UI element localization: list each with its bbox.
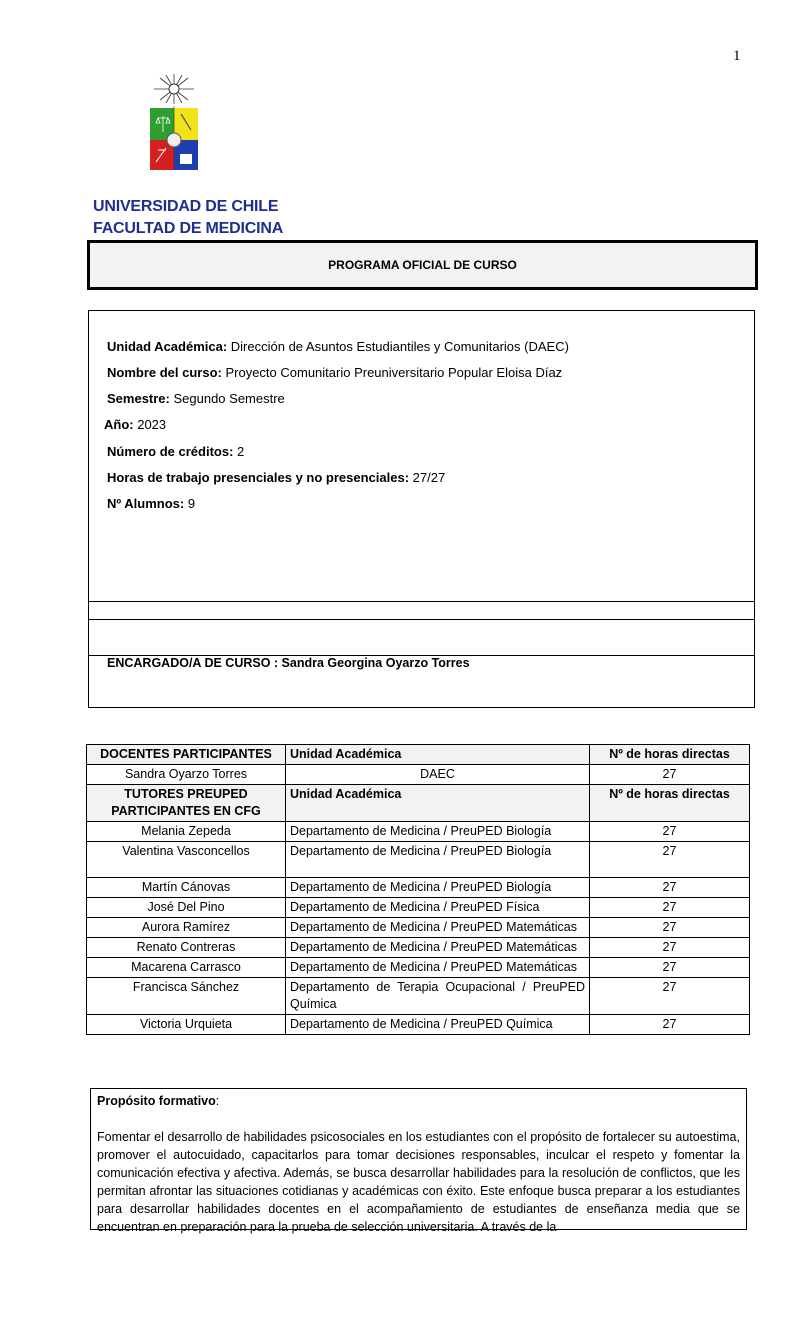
name-cell: Sandra Oyarzo Torres <box>87 765 286 785</box>
unit-cell: Departamento de Medicina / PreuPED Matem… <box>286 958 590 978</box>
info-year: Año: 2023 <box>104 417 166 432</box>
course-lead: ENCARGADO/A DE CURSO : Sandra Georgina O… <box>107 656 470 670</box>
info-label: Año: <box>104 417 134 432</box>
unit-cell: Departamento de Medicina / PreuPED Quími… <box>286 1015 590 1035</box>
hours-cell: 27 <box>590 878 750 898</box>
purpose-section: Propósito formativo: Fomentar el desarro… <box>90 1088 747 1230</box>
name-cell: José Del Pino <box>87 898 286 918</box>
course-info-box: Unidad Académica: Dirección de Asuntos E… <box>88 310 755 708</box>
table-row: Victoria Urquieta Departamento de Medici… <box>87 1015 750 1035</box>
hours-cell: 27 <box>590 898 750 918</box>
hours-cell: 27 <box>590 938 750 958</box>
page-number: 1 <box>733 48 741 65</box>
hours-cell: 27 <box>590 765 750 785</box>
name-cell: Valentina Vasconcellos <box>87 842 286 878</box>
hours-cell: 27 <box>590 1015 750 1035</box>
column-header: Nº de horas directas <box>590 745 750 765</box>
info-label: Nombre del curso: <box>107 365 222 380</box>
info-value: Segundo Semestre <box>170 391 285 406</box>
info-credits: Número de créditos: 2 <box>107 444 244 459</box>
info-value: Proyecto Comunitario Preuniversitario Po… <box>222 365 562 380</box>
column-header: Nº de horas directas <box>590 785 750 822</box>
info-students: Nº Alumnos: 9 <box>107 496 195 511</box>
table-row: Francisca Sánchez Departamento de Terapi… <box>87 978 750 1015</box>
purpose-colon: : <box>216 1094 219 1108</box>
purpose-heading: Propósito formativo <box>97 1094 216 1108</box>
staff-table: DOCENTES PARTICIPANTES Unidad Académica … <box>86 744 750 1035</box>
university-crest-icon <box>148 72 200 172</box>
unit-cell: Departamento de Medicina / PreuPED Físic… <box>286 898 590 918</box>
name-cell: Francisca Sánchez <box>87 978 286 1015</box>
hours-cell: 27 <box>590 978 750 1015</box>
info-label: Horas de trabajo presenciales y no prese… <box>107 470 409 485</box>
table-row: Martín Cánovas Departamento de Medicina … <box>87 878 750 898</box>
info-label: Nº Alumnos: <box>107 496 184 511</box>
info-value: 9 <box>184 496 195 511</box>
hours-cell: 27 <box>590 822 750 842</box>
table-row: Macarena Carrasco Departamento de Medici… <box>87 958 750 978</box>
unit-cell: Departamento de Medicina / PreuPED Matem… <box>286 918 590 938</box>
info-label: Semestre: <box>107 391 170 406</box>
info-hours: Horas de trabajo presenciales y no prese… <box>107 470 445 485</box>
document-title: PROGRAMA OFICIAL DE CURSO <box>87 240 758 290</box>
unit-cell: DAEC <box>286 765 590 785</box>
info-label: Número de créditos: <box>107 444 233 459</box>
unit-cell: Departamento de Medicina / PreuPED Biolo… <box>286 878 590 898</box>
divider <box>89 619 754 620</box>
table-header-row: DOCENTES PARTICIPANTES Unidad Académica … <box>87 745 750 765</box>
name-cell: Martín Cánovas <box>87 878 286 898</box>
info-academic-unit: Unidad Académica: Dirección de Asuntos E… <box>107 339 569 354</box>
column-header: DOCENTES PARTICIPANTES <box>87 745 286 765</box>
unit-cell: Departamento de Terapia Ocupacional / Pr… <box>286 978 590 1015</box>
hours-cell: 27 <box>590 842 750 878</box>
name-cell: Melania Zepeda <box>87 822 286 842</box>
name-cell: Macarena Carrasco <box>87 958 286 978</box>
info-label: Unidad Académica: <box>107 339 227 354</box>
column-header: Unidad Académica <box>286 785 590 822</box>
table-row: Aurora Ramírez Departamento de Medicina … <box>87 918 750 938</box>
info-value: 2023 <box>134 417 167 432</box>
table-row: Sandra Oyarzo Torres DAEC 27 <box>87 765 750 785</box>
hours-cell: 27 <box>590 958 750 978</box>
university-name: UNIVERSIDAD DE CHILE <box>93 198 278 216</box>
hours-cell: 27 <box>590 918 750 938</box>
info-value: Dirección de Asuntos Estudiantiles y Com… <box>227 339 569 354</box>
name-cell: Aurora Ramírez <box>87 918 286 938</box>
info-value: 2 <box>233 444 244 459</box>
name-cell: Renato Contreras <box>87 938 286 958</box>
table-row: Melania Zepeda Departamento de Medicina … <box>87 822 750 842</box>
unit-cell: Departamento de Medicina / PreuPED Biolo… <box>286 822 590 842</box>
info-semester: Semestre: Segundo Semestre <box>107 391 285 406</box>
faculty-name: FACULTAD DE MEDICINA <box>93 220 283 238</box>
unit-cell: Departamento de Medicina / PreuPED Biolo… <box>286 842 590 878</box>
table-row: Valentina Vasconcellos Departamento de M… <box>87 842 750 878</box>
column-header: Unidad Académica <box>286 745 590 765</box>
info-value: 27/27 <box>409 470 445 485</box>
info-course-name: Nombre del curso: Proyecto Comunitario P… <box>107 365 562 380</box>
divider <box>89 601 754 602</box>
unit-cell: Departamento de Medicina / PreuPED Matem… <box>286 938 590 958</box>
purpose-text: Fomentar el desarrollo de habilidades ps… <box>97 1128 740 1236</box>
table-header-row: TUTORES PREUPED PARTICIPANTES EN CFG Uni… <box>87 785 750 822</box>
table-row: Renato Contreras Departamento de Medicin… <box>87 938 750 958</box>
name-cell: Victoria Urquieta <box>87 1015 286 1035</box>
table-row: José Del Pino Departamento de Medicina /… <box>87 898 750 918</box>
column-header: TUTORES PREUPED PARTICIPANTES EN CFG <box>87 785 286 822</box>
